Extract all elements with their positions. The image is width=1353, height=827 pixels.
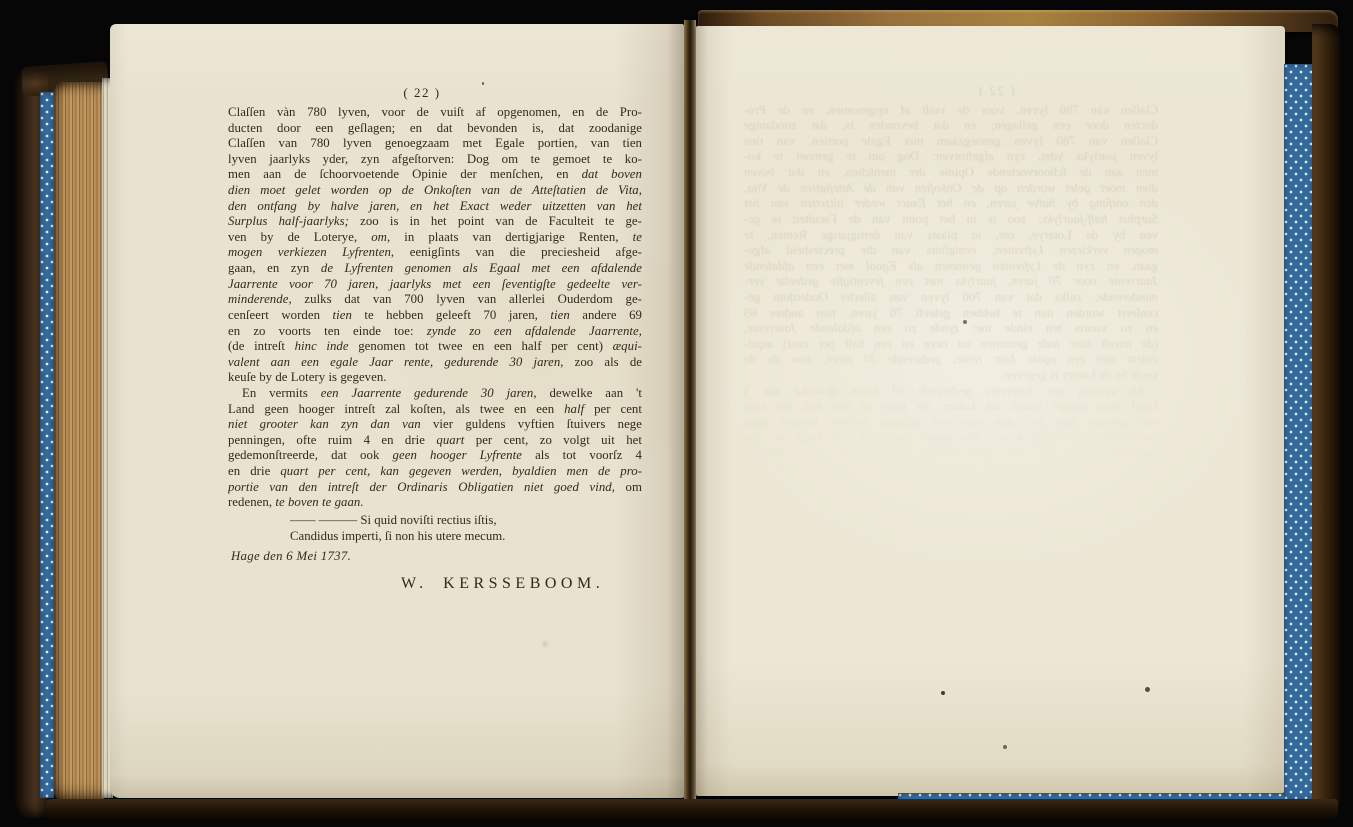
text-line: Claſſen van 780 lyven genoegzaam met Ega…: [228, 136, 642, 152]
latin-quote: —— ——— Si quid noviſti rectius iſtis,Can…: [290, 513, 505, 544]
text-line: cenſeert worden tien te hebben geleeft 7…: [228, 308, 642, 324]
text-line: Claſſen vàn 780 lyven, voor de vuiſt af …: [744, 103, 1158, 119]
text-line: Surplus half-jaarlyks; zoo is in het poi…: [744, 212, 1158, 228]
endpaper-right: [1284, 64, 1314, 800]
text-line: keuſe by de Lotery is gegeven.: [744, 368, 1158, 384]
quote-line: —— ——— Si quid noviſti rectius iſtis,: [290, 513, 505, 529]
text-line: Land geen hooger intreſt zal koſten, als…: [228, 402, 642, 418]
text-line: ducten door een geſlagen; en dat bevonde…: [228, 121, 642, 137]
text-line: Surplus half-jaarlyks; zoo is in het poi…: [228, 214, 642, 230]
text-line: lyven jaarlyks yder, zyn afgeſtorven: Do…: [228, 152, 642, 168]
show-through-body: Claſſen vàn 780 lyven, voor de vuiſt af …: [744, 103, 1158, 509]
text-line: mogen verkiezen Lyfrenten, eenigſints va…: [744, 243, 1158, 259]
text-line: redenen, te boven te gaan.: [744, 493, 1158, 509]
ink-speck: [1145, 687, 1150, 692]
quote-line: Candidus imperti, ſi non his utere mecum…: [290, 529, 505, 545]
text-line: men aan de ſchoorvoetende Opinie der men…: [744, 165, 1158, 181]
text-line: gedemonſtreerde, dat ook geen hooger Lyf…: [228, 448, 642, 464]
text-line: gedemonſtreerde, dat ook geen hooger Lyf…: [744, 446, 1158, 462]
ink-speck: [941, 691, 945, 695]
text-line: minderende, zulks dat van 700 lyven van …: [744, 290, 1158, 306]
main-text-block: Claſſen vàn 780 lyven, voor de vuiſt af …: [228, 105, 642, 511]
text-line: niet grooter kan zyn dan van vier gulden…: [744, 415, 1158, 431]
show-through-text: ( 22 ) Claſſen vàn 780 lyven, voor de vu…: [744, 83, 1158, 508]
ink-speck: [1003, 745, 1007, 749]
text-line: lyven jaarlyks yder, zyn afgeſtorven: Do…: [744, 149, 1158, 165]
show-through-page-number: ( 22 ): [964, 83, 1028, 99]
text-line: redenen, te boven te gaan.: [228, 495, 642, 511]
text-line: men aan de ſchoorvoetende Opinie der men…: [228, 167, 642, 183]
text-line: cenſeert worden tien te hebben geleeft 7…: [744, 306, 1158, 322]
text-line: penningen, ofte ruim 4 en drie quart per…: [744, 430, 1158, 446]
text-line: En vermits een Jaarrente gedurende 30 ja…: [744, 384, 1158, 400]
paper-stain: [540, 640, 550, 648]
text-line: den ontfang by halve jaren, en het Exact…: [228, 199, 642, 215]
text-line: En vermits een Jaarrente gedurende 30 ja…: [228, 386, 642, 402]
text-line: Jaarrente voor 70 jaren, jaarlyks met ee…: [228, 277, 642, 293]
text-line: penningen, ofte ruim 4 en drie quart per…: [228, 433, 642, 449]
text-line: valent aan een egale Jaar rente, geduren…: [744, 352, 1158, 368]
text-line: portie van den intreſt der Ordinaris Obl…: [228, 480, 642, 496]
text-line: Claſſen vàn 780 lyven, voor de vuiſt af …: [228, 105, 642, 121]
text-line: ven by de Loterye, om, in plaats van der…: [228, 230, 642, 246]
text-line: mogen verkiezen Lyfrenten, eenigſints va…: [228, 245, 642, 261]
text-line: (de intreſt hinc inde genomen tot twee e…: [228, 339, 642, 355]
page-number: ( 22 ): [390, 85, 454, 101]
book-cover-bottom-edge: [46, 799, 1338, 821]
dateline: Hage den 6 Mei 1737.: [231, 549, 351, 564]
text-line: portie van den intreſt der Ordinaris Obl…: [744, 477, 1158, 493]
text-line: Jaarrente voor 70 jaren, jaarlyks met ee…: [744, 274, 1158, 290]
text-line: (de intreſt hinc inde genomen tot twee e…: [744, 337, 1158, 353]
text-line: en zo voorts ten einde toe: zynde zo een…: [744, 321, 1158, 337]
text-line: ven by de Loterye, om, in plaats van der…: [744, 228, 1158, 244]
text-line: gaan, en zyn de Lyfrenten genomen als Eg…: [228, 261, 642, 277]
text-line: Land geen hooger intreſt zal koſten, als…: [744, 399, 1158, 415]
text-line: Claſſen van 780 lyven genoegzaam met Ega…: [744, 134, 1158, 150]
text-line: dien moet gelet worden op de Onkoſten va…: [744, 181, 1158, 197]
page-fore-edge: [54, 82, 104, 800]
text-line: ducten door een geſlagen; en dat bevonde…: [744, 118, 1158, 134]
ink-speck: [963, 320, 967, 324]
text-line: dien moet gelet worden op de Onkoſten va…: [228, 183, 642, 199]
text-line: en drie quart per cent, kan gegeven werd…: [744, 462, 1158, 478]
text-line: valent aan een egale Jaar rente, geduren…: [228, 355, 642, 371]
text-line: keuſe by de Lotery is gegeven.: [228, 370, 642, 386]
text-line: gaan, en zyn de Lyfrenten genomen als Eg…: [744, 259, 1158, 275]
book-cover-right-edge: [1312, 24, 1340, 816]
text-line: en zo voorts ten einde toe: zynde zo een…: [228, 324, 642, 340]
text-line: en drie quart per cent, kan gegeven werd…: [228, 464, 642, 480]
endpaper-left: [40, 92, 54, 798]
signature: W. KERSSEBOOM.: [401, 575, 604, 593]
text-line: minderende, zulks dat van 700 lyven van …: [228, 292, 642, 308]
ink-speck: [482, 82, 484, 85]
book-scan: ( 22 ) Claſſen vàn 780 lyven, voor de vu…: [0, 0, 1353, 827]
text-line: niet grooter kan zyn dan van vier gulden…: [228, 417, 642, 433]
text-line: den ontfang by halve jaren, en het Exact…: [744, 196, 1158, 212]
book-gutter: [684, 20, 696, 800]
